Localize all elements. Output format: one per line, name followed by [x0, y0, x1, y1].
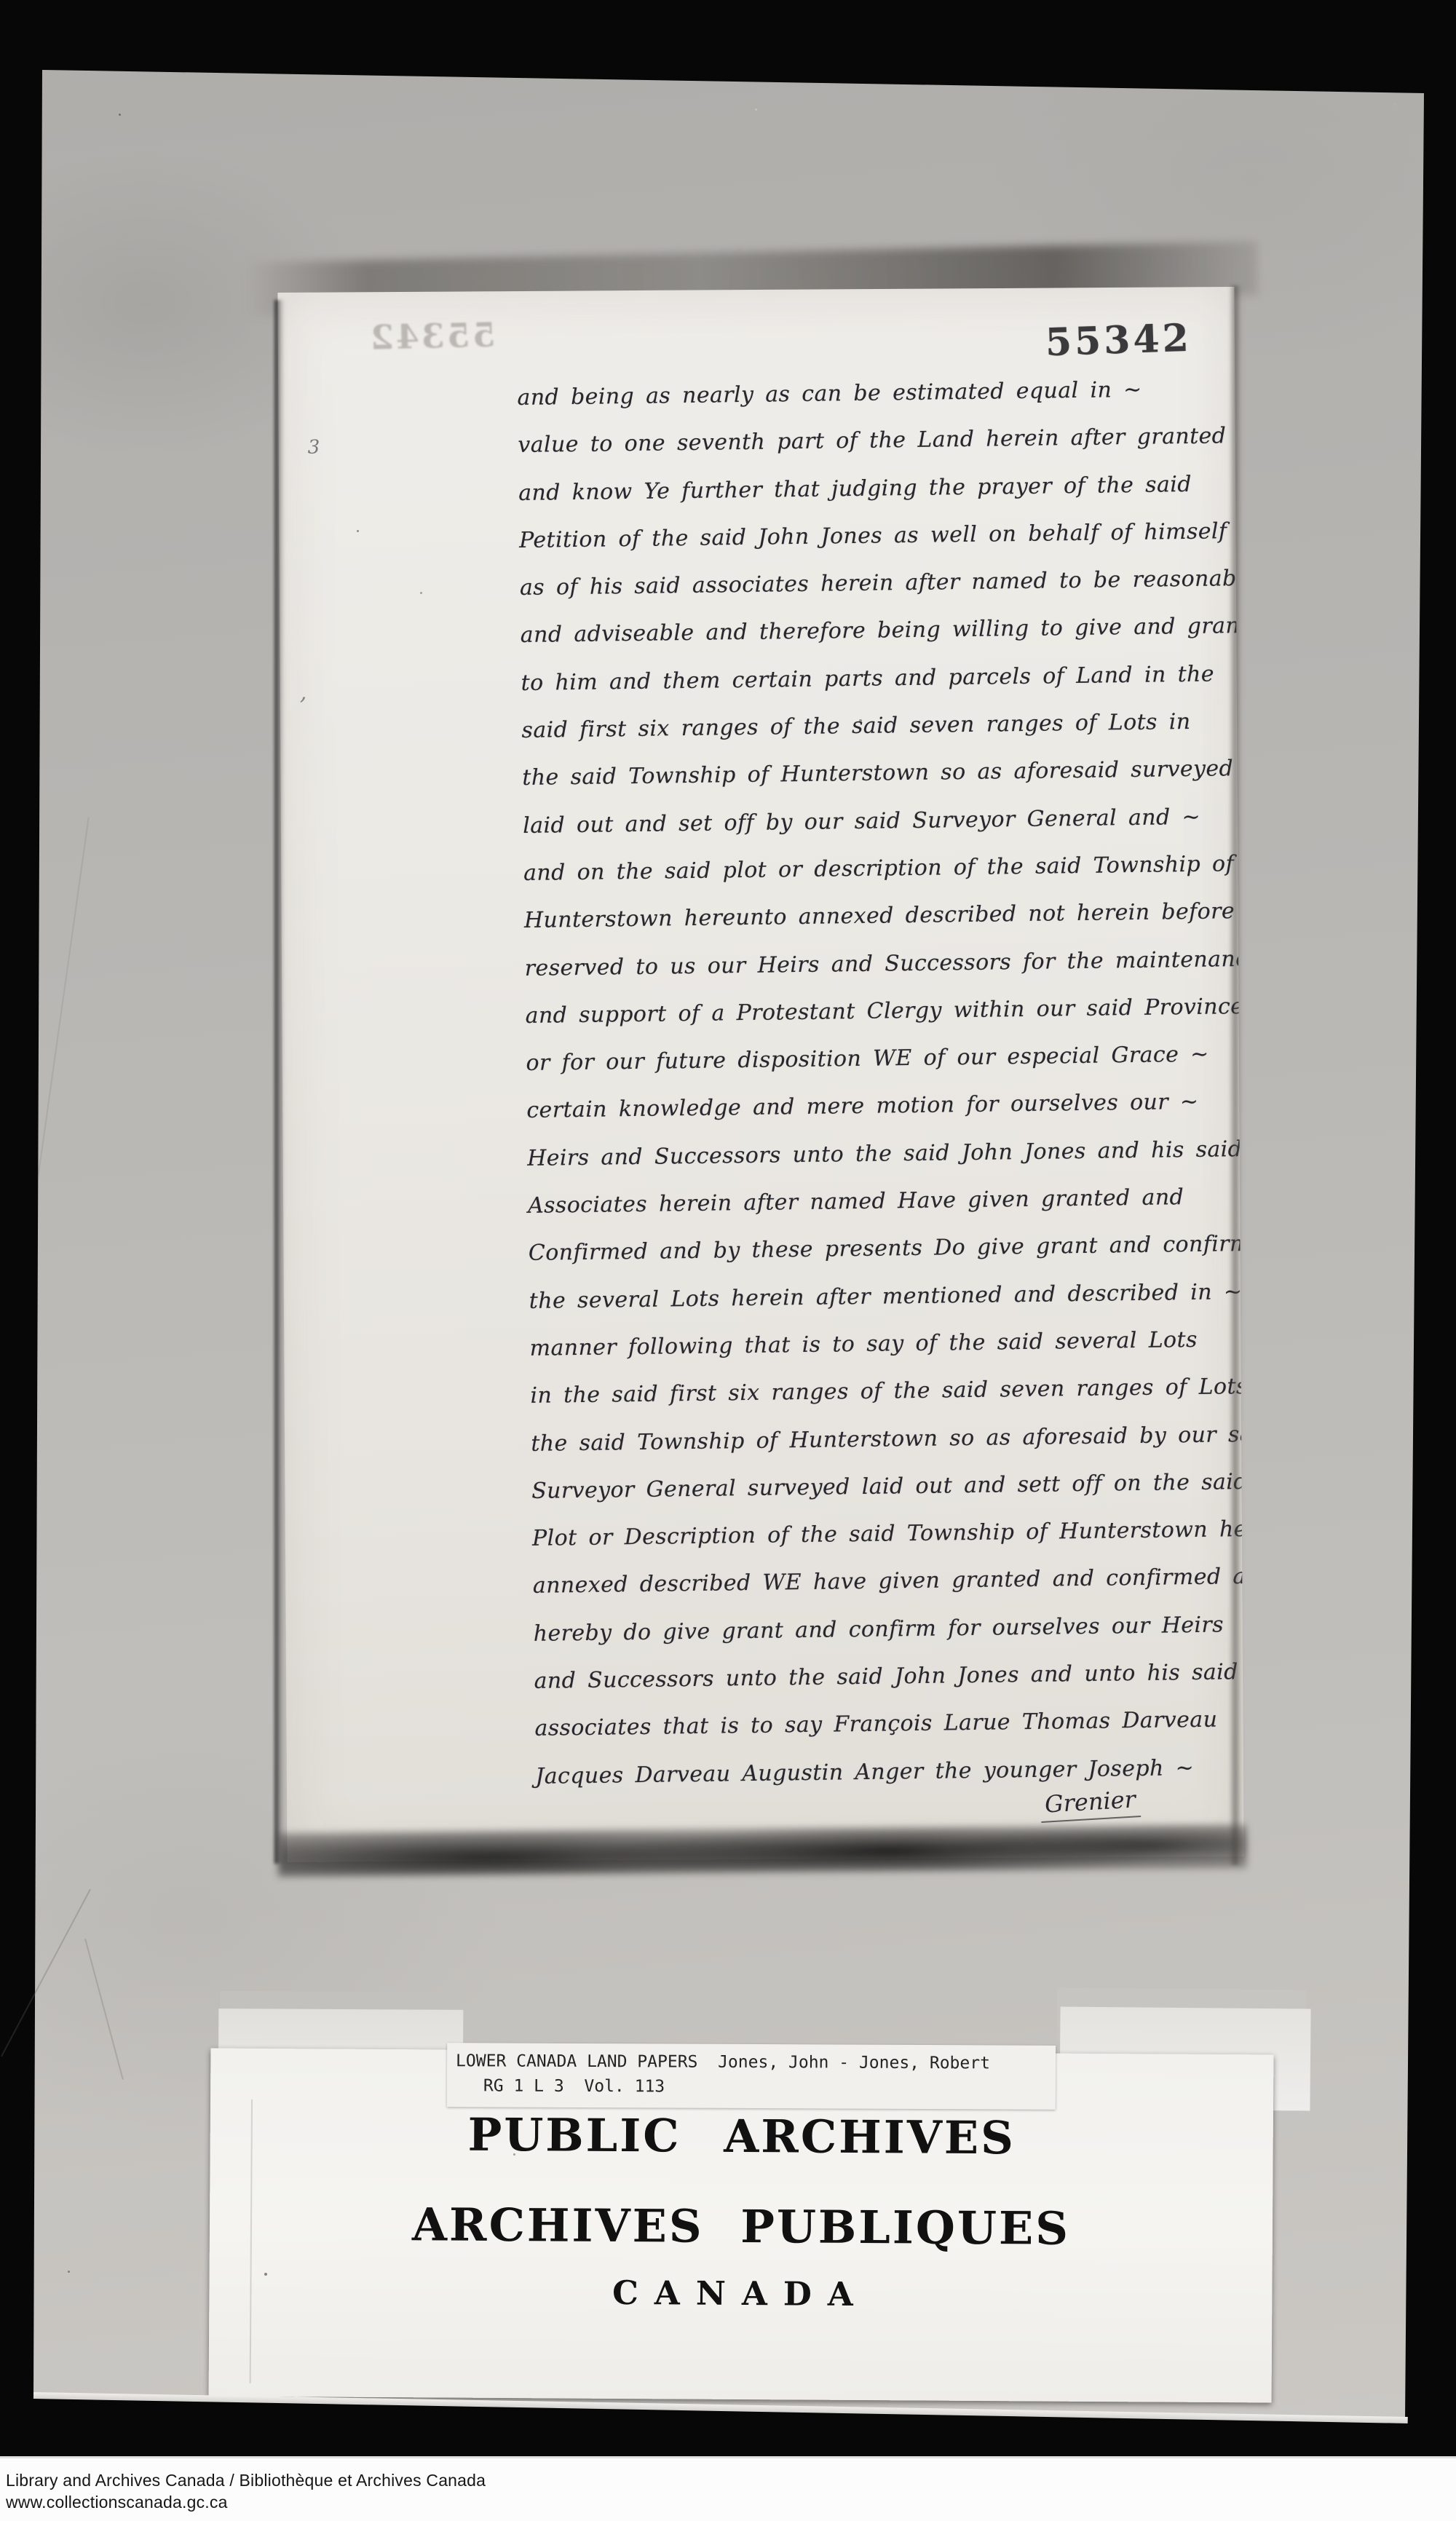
manuscript-line: Hunterstown hereunto annexed described n… — [524, 887, 1244, 944]
manuscript-line: annexed described WE have given granted … — [532, 1553, 1243, 1610]
page-bottom-edge-shadow — [278, 1824, 1246, 1877]
manuscript-line: associates that is to say François Larue… — [534, 1695, 1244, 1752]
dust-speck — [859, 719, 862, 722]
dust-speck — [119, 114, 121, 116]
dust-speck — [264, 2273, 267, 2276]
margin-ink-speck: , — [300, 680, 307, 705]
manuscript-line: in the said first six ranges of the said… — [530, 1363, 1244, 1420]
manuscript-line: certain knowledge and mere motion for ou… — [526, 1077, 1244, 1134]
page-number-stamp: 55342 — [1045, 316, 1192, 365]
page-left-edge-shadow — [274, 300, 285, 1864]
margin-mark: 3 — [308, 437, 320, 459]
archival-scan-photo: 55342 55342 3 , and being as nearly as c… — [0, 0, 1456, 2521]
typed-reference-label: LOWER CANADA LAND PAPERS Jones, John - J… — [447, 2043, 1056, 2110]
footer-website-url: www.collectionscanada.gc.ca — [6, 2493, 228, 2512]
manuscript-line: Confirmed and by these presents Do give … — [529, 1220, 1244, 1277]
manuscript-line: value to one seventh part of the Land he… — [518, 412, 1239, 469]
manuscript-text-block: and being as nearly as can be estimated … — [517, 365, 1243, 1800]
dust-speck — [755, 108, 757, 111]
dust-speck — [420, 592, 422, 594]
dust-speck — [68, 2271, 70, 2273]
public-archives-stamp-line-fr: ARCHIVES PUBLIQUES — [210, 2197, 1273, 2257]
manuscript-line: the said Township of Hunterstown so as a… — [522, 745, 1243, 802]
ghost-number-offset-print: 55342 — [368, 315, 496, 357]
reference-number: RG 1 L 3 Vol. 113 — [483, 2076, 665, 2096]
dust-speck — [1393, 103, 1396, 106]
dust-speck — [357, 530, 359, 532]
public-archives-stamp-line-en: PUBLIC ARCHIVES — [210, 2107, 1273, 2166]
dust-speck — [513, 2153, 515, 2156]
footer-institution-name: Library and Archives Canada / Bibliothèq… — [6, 2471, 486, 2490]
page-right-edge-shadow — [1229, 285, 1243, 1865]
digitization-footer: Library and Archives Canada / Bibliothèq… — [0, 2456, 1456, 2521]
manuscript-page: 55342 55342 3 , and being as nearly as c… — [277, 287, 1243, 1862]
signature-name: Grenier — [1040, 1785, 1141, 1823]
public-archives-stamp-line-canada: CANADA — [209, 2271, 1272, 2316]
collection-title: LOWER CANADA LAND PAPERS Jones, John - J… — [456, 2051, 990, 2073]
